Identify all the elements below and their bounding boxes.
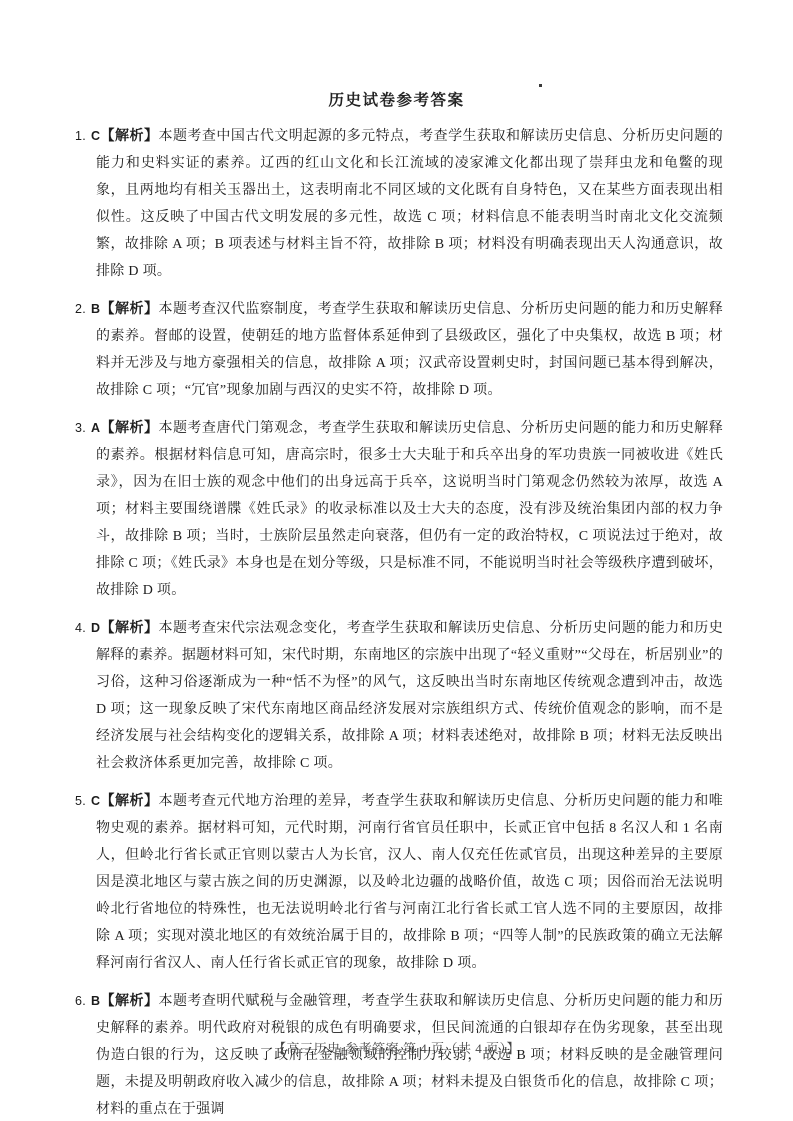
item-text: 本题考查汉代监察制度，考查学生获取和解读历史信息、分析历史问题的能力和历史解释的…: [96, 302, 723, 398]
item-number: 5.: [75, 794, 86, 808]
item-text: 本题考查元代地方治理的差异，考查学生获取和解读历史信息、分析历史问题的能力和唯物…: [96, 794, 723, 971]
item-answer: C: [91, 794, 100, 808]
item-answer: C: [91, 129, 100, 143]
analysis-label: 【解析】: [100, 129, 158, 144]
answer-item-4: 4.D【解析】本题考查宋代宗法观念变化，考查学生获取和解读历史信息、分析历史问题…: [75, 615, 723, 777]
document-page: 历史试卷参考答案 1.C【解析】本题考查中国古代文明起源的多元特点，考查学生获取…: [0, 0, 793, 1121]
scan-dot-artifact: [539, 84, 542, 87]
item-text: 本题考查宋代宗法观念变化，考查学生获取和解读历史信息、分析历史问题的能力和历史解…: [96, 621, 723, 771]
analysis-label: 【解析】: [100, 994, 158, 1009]
item-answer: A: [91, 421, 100, 435]
item-answer: B: [91, 302, 100, 316]
analysis-label: 【解析】: [100, 421, 158, 436]
item-answer: B: [91, 994, 100, 1008]
analysis-label: 【解析】: [100, 621, 158, 636]
answer-item-5: 5.C【解析】本题考查元代地方治理的差异，考查学生获取和解读历史信息、分析历史问…: [75, 788, 723, 977]
item-number: 3.: [75, 421, 86, 435]
item-number: 2.: [75, 302, 86, 316]
item-number: 1.: [75, 129, 86, 143]
page-title: 历史试卷参考答案: [0, 0, 793, 110]
answer-item-2: 2.B【解析】本题考查汉代监察制度，考查学生获取和解读历史信息、分析历史问题的能…: [75, 296, 723, 404]
answer-list: 1.C【解析】本题考查中国古代文明起源的多元特点，考查学生获取和解读历史信息、分…: [75, 123, 723, 1121]
page-footer: 【高三历史·参考答案 第 4 页（共 4 页）】: [0, 1038, 793, 1057]
analysis-label: 【解析】: [100, 302, 158, 317]
answer-item-3: 3.A【解析】本题考查唐代门第观念，考查学生获取和解读历史信息、分析历史问题的能…: [75, 415, 723, 604]
item-answer: D: [91, 621, 100, 635]
answer-item-1: 1.C【解析】本题考查中国古代文明起源的多元特点，考查学生获取和解读历史信息、分…: [75, 123, 723, 285]
item-text: 本题考查中国古代文明起源的多元特点，考查学生获取和解读历史信息、分析历史问题的能…: [96, 129, 723, 279]
item-text: 本题考查唐代门第观念，考查学生获取和解读历史信息、分析历史问题的能力和历史解释的…: [96, 421, 723, 598]
item-number: 4.: [75, 621, 86, 635]
analysis-label: 【解析】: [100, 794, 158, 809]
item-number: 6.: [75, 994, 86, 1008]
